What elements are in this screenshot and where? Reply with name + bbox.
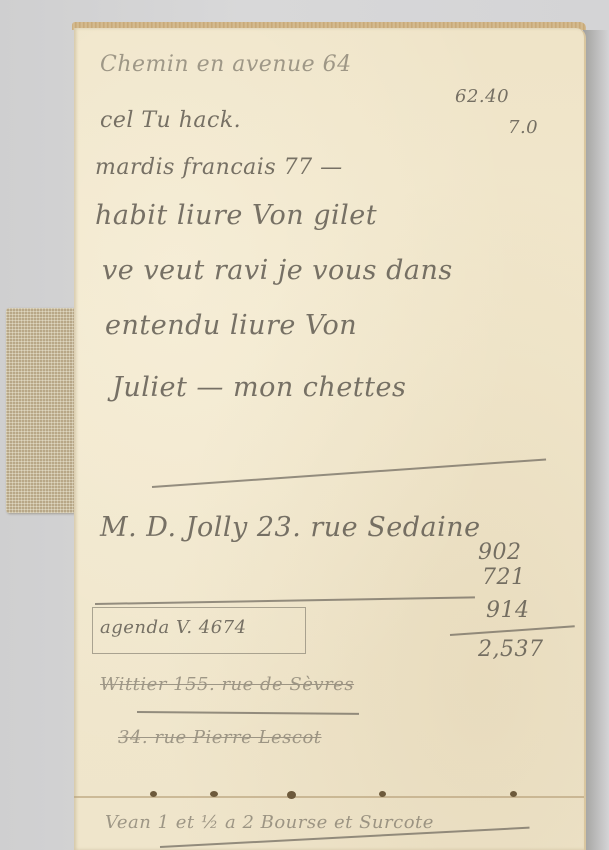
handwritten-line-6: entendu liure Von <box>105 310 357 341</box>
handwritten-line-8: M. D. Jolly 23. rue Sedaine <box>100 512 481 543</box>
number-total: 2,537 <box>478 637 543 662</box>
handwritten-line-12: Vean 1 et ½ a 2 Bourse et Surcote <box>105 812 434 833</box>
handwritten-line-9: agenda V. 4674 <box>100 617 247 638</box>
number-7-0: 7.0 <box>508 117 538 138</box>
page-shadow <box>583 30 609 850</box>
stitch-hole <box>210 791 218 797</box>
stitch-hole <box>379 791 386 797</box>
handwritten-line-10: Wittier 155. rue de Sèvres <box>100 674 354 695</box>
number-902: 902 <box>478 540 522 565</box>
handwritten-line-1: Chemin en avenue 64 <box>100 52 352 77</box>
number-62-40: 62.40 <box>455 86 509 107</box>
handwritten-line-5: ve veut ravi je vous dans <box>102 255 453 286</box>
cloth-binding-tab <box>6 308 76 513</box>
handwritten-line-2: cel Tu hack. <box>100 108 241 133</box>
stitch-hole <box>510 791 517 797</box>
handwritten-line-11: 34. rue Pierre Lescot <box>118 727 322 748</box>
number-914: 914 <box>486 598 530 623</box>
handwritten-line-3: mardis francais 77 — <box>95 155 343 180</box>
number-721: 721 <box>482 565 526 590</box>
handwritten-line-7: Juliet — mon chettes <box>112 372 406 403</box>
stitch-hole <box>150 791 157 797</box>
handwritten-line-4: habit liure Von gilet <box>95 200 377 231</box>
stitch-hole <box>287 791 296 799</box>
